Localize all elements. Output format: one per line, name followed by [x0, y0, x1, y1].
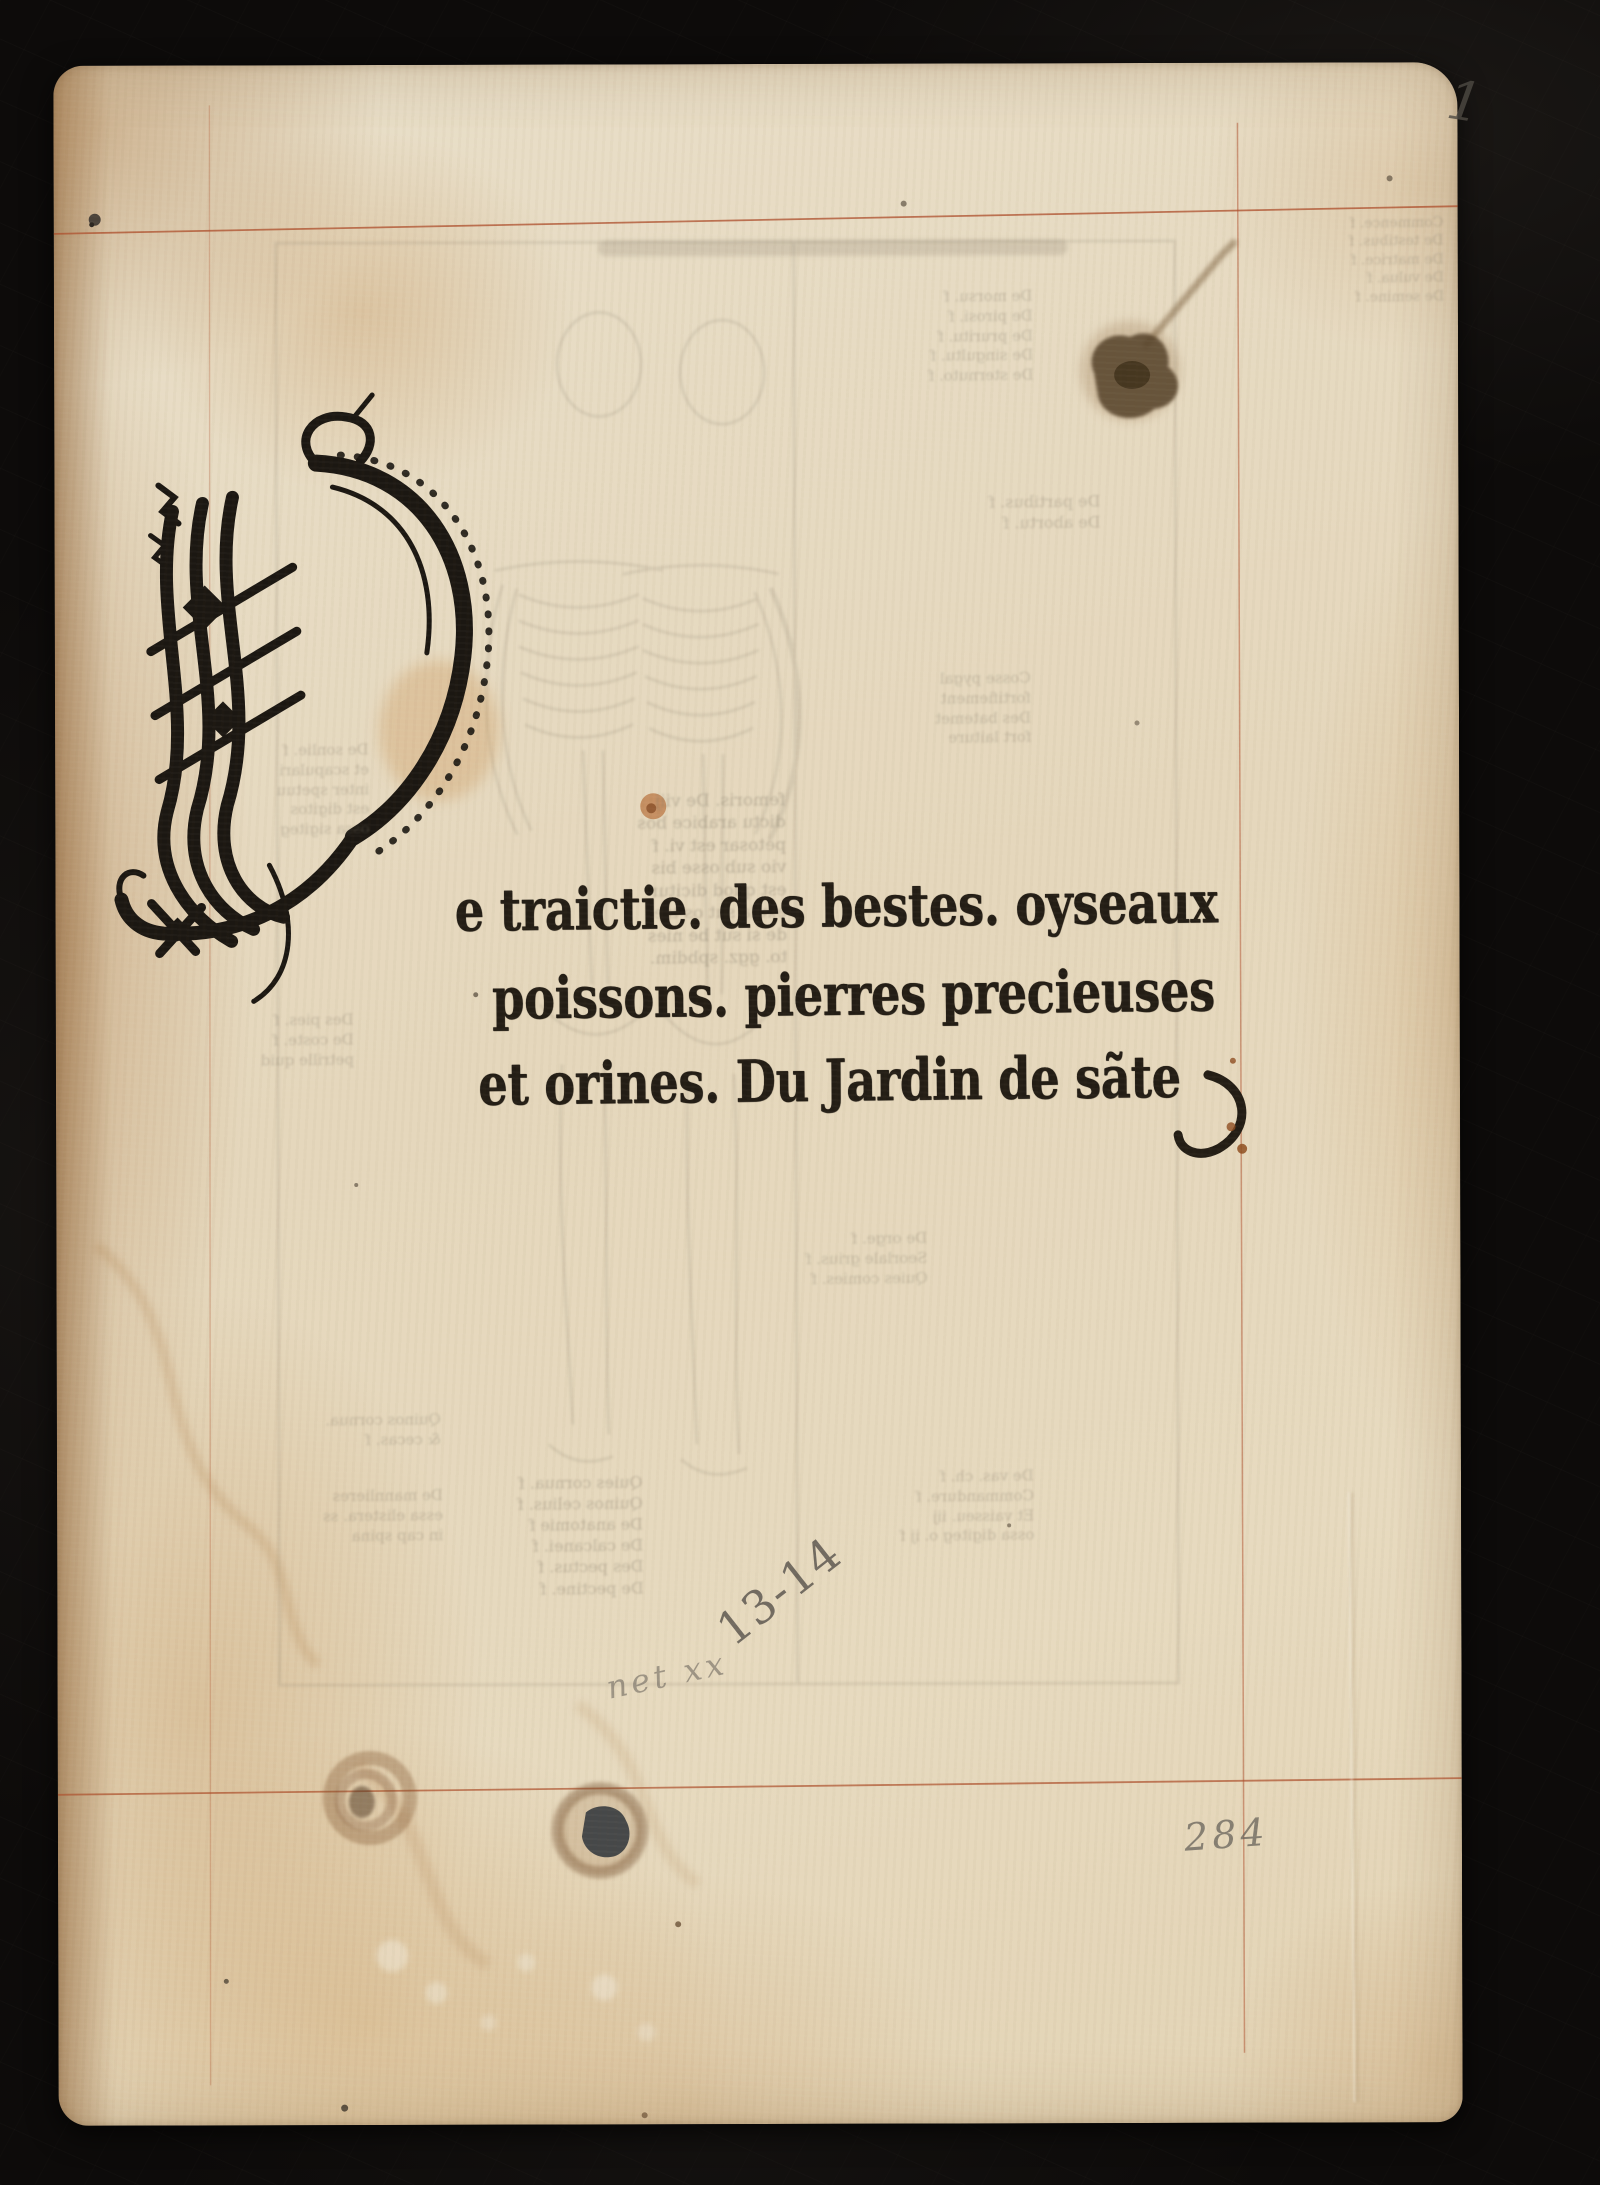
erased-smudge	[598, 239, 1068, 256]
title-end-flourish	[1178, 1075, 1242, 1154]
dark-stain	[558, 1788, 642, 1872]
ink-blot	[1080, 243, 1234, 421]
pencil-annotation-number: 284	[1182, 1810, 1269, 1860]
initial-letter-value: L	[53, 66, 54, 67]
verso-skull-left	[557, 312, 641, 416]
verso-text-block: Quinos cornua. & cecas. f	[281, 1410, 441, 1451]
verso-text-block: Des pies. f De coste. f petrille quid	[214, 1010, 355, 1071]
ruled-line-right	[1237, 123, 1244, 2053]
verso-text-block: Quies cornua. f Quinos celius. f De anat…	[452, 1471, 643, 1600]
title-line-1: e traictie. des bestes. oyseaux	[454, 868, 1217, 945]
verso-text-block: De vas. ch. f Commandure. f Et vaisseu. …	[829, 1466, 1035, 1548]
title-line-2: poissons. pierres precieuses	[492, 956, 1215, 1032]
vertical-crease	[1349, 1492, 1358, 2102]
verso-text-block: Cosse pygal fortifiement Des batemet for…	[881, 669, 1032, 750]
verso-text-block: De sonlie. f et scapulari inter spetuu e…	[219, 740, 370, 841]
verso-text-block: De morsu. f De pirosi. f De pruritu. f D…	[882, 287, 1033, 388]
ruled-line-top	[54, 206, 1458, 234]
verso-text-block: Commence. f De testibus. f De matrice. f…	[1293, 214, 1444, 308]
verso-text-block: De orge. f Seorlale grius. f Quies comie…	[752, 1229, 928, 1290]
ruled-line-bottom	[58, 1778, 1462, 1795]
manuscript-page: De morsu. f De pirosi. f De pruritu. f D…	[53, 62, 1462, 2126]
verso-text-block: De partibus. f De abortu. f	[950, 490, 1100, 534]
verso-skull-right	[680, 320, 764, 424]
verso-text-block: De mannlieres essa elistera. ss in cap s…	[243, 1486, 444, 1548]
pale-drip-spots	[376, 1939, 655, 2042]
black-backdrop: De morsu. f De pirosi. f De pruritu. f D…	[0, 0, 1600, 2185]
ruled-line-left	[205, 105, 214, 2085]
title-line-3: et orines. Du Jardin de sãte	[478, 1043, 1181, 1119]
